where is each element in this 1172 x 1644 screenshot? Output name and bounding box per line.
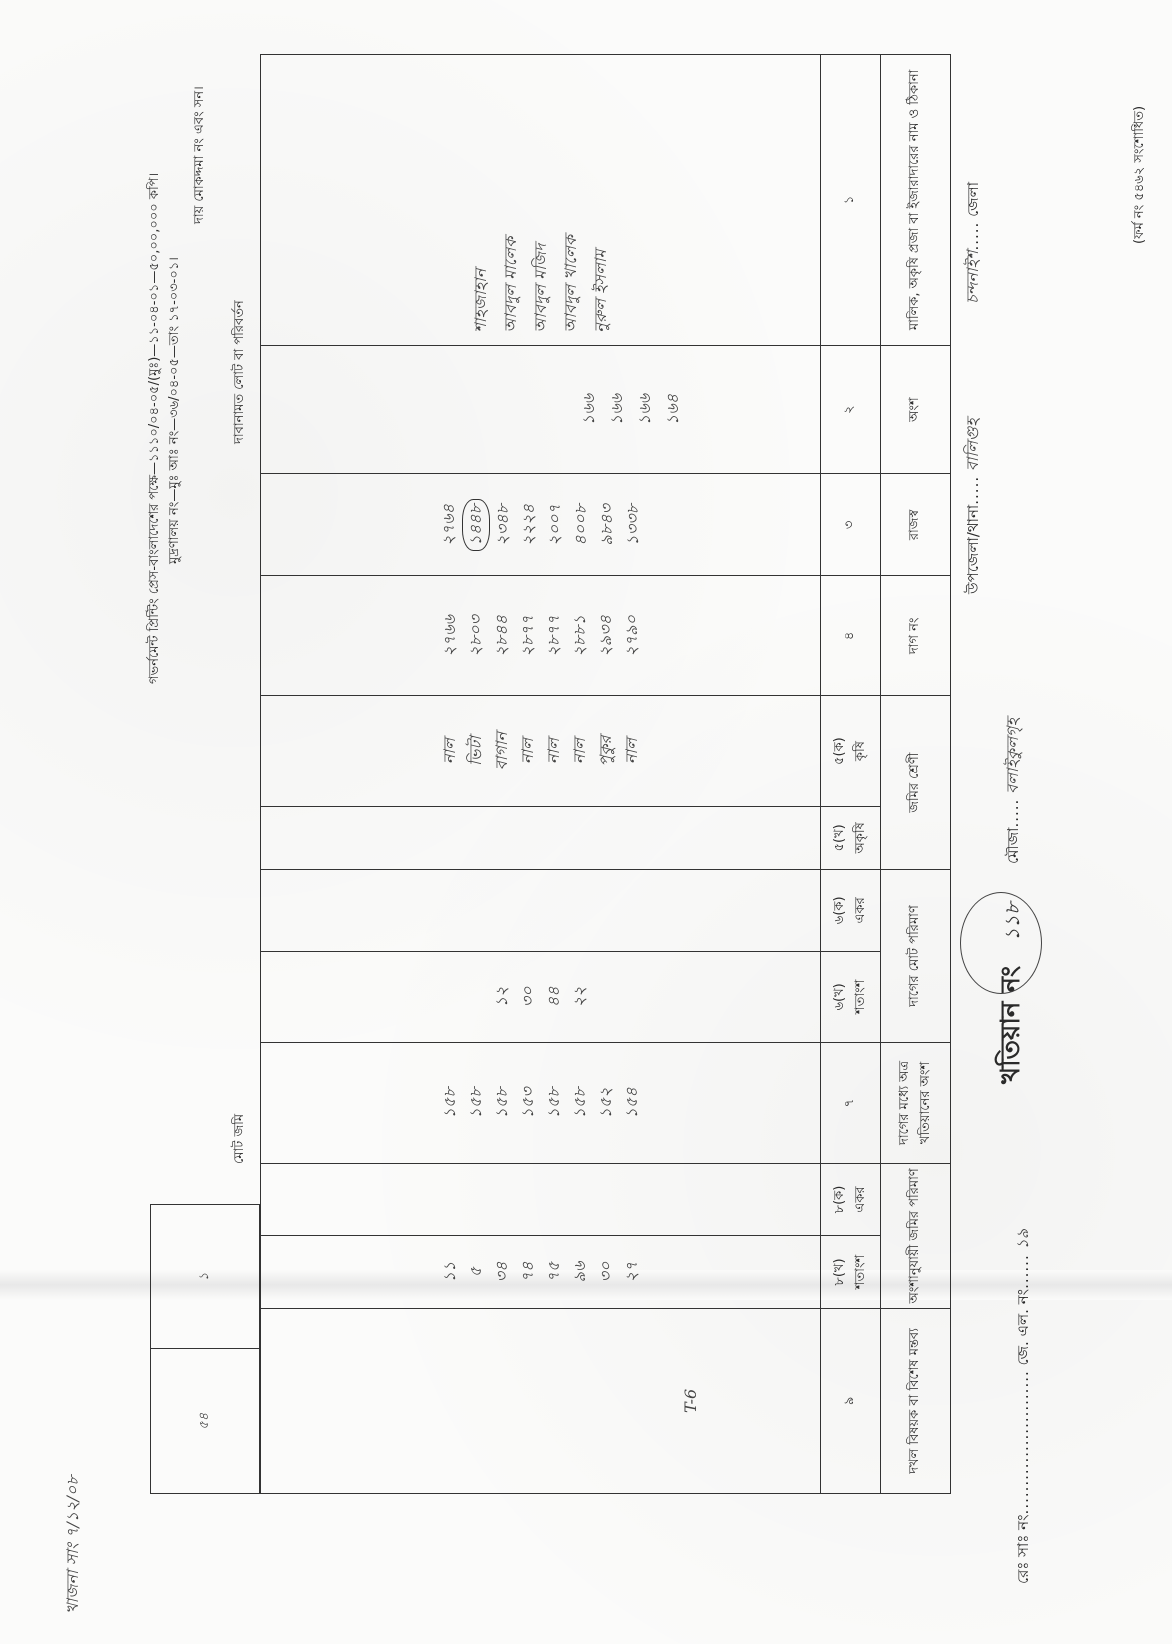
- cell-total-acre: [261, 869, 821, 951]
- total-land-value: ৫৪: [151, 1349, 260, 1494]
- khatian-table: T-6 ১১ ৫ ৩৪ ৭৪ ৭৫ ৯৬ ৩০ ২৭ ১৫৮ ১৫৮: [260, 54, 951, 1494]
- cell-total-dec: ১২ ৩০ ৪৪ ২২: [261, 951, 821, 1042]
- col-num-4: ৪: [821, 576, 881, 696]
- col-header-share: অংশ: [881, 345, 951, 474]
- upazila-field: উপজেলা/থানা..... বালিগুহ: [960, 418, 987, 594]
- mouza-field: মৌজা..... বলাইকুলগৃহ: [1000, 718, 1027, 864]
- cell-share-in-dag: ১৫৮ ১৫৮ ১৫৮ ১৫৩ ১৫৮ ১৫৮ ১৫২ ১৫৪: [261, 1043, 821, 1164]
- change-label: দাবানামত লোট বা পরিবর্তন: [230, 300, 251, 444]
- col-num-6b: ৬(খ)শতাংশ: [821, 951, 881, 1042]
- col-header-owner: মালিক, অকৃষি প্রজা বা ইজারাদারের নাম ও ঠ…: [881, 55, 951, 346]
- col-header-remarks: দখল বিষয়ক বা বিশেষ মন্তব্য: [881, 1308, 951, 1493]
- total-land-label: মোট জমি: [230, 1114, 251, 1164]
- cell-non-agri: [261, 806, 821, 869]
- cell-owners: শাহজাহান আবদুল মালেক আবদুল মজিদ আবদুল খা…: [261, 55, 821, 346]
- footer-print-note: মুদ্রণালয় নং—মুঃ আঃ নং—৩৬/০৪-০৫—তাং ১৭-…: [165, 257, 185, 564]
- col-header-proportional-area: অংশানুযায়ী জমির পরিমাণ: [881, 1163, 951, 1308]
- cell-revenue: ২৭৬৪ ১৪৪৮ ২৩৪৮ ২২২৪ ২০০৭ ৪০০৮ ৯৮৪৩ ১৩৩৮: [261, 474, 821, 576]
- margin-hand-note: খাজনা সাং ৭/১২/০৮: [60, 1475, 87, 1614]
- col-num-8b: ৮(খ)শতাংশ: [821, 1236, 881, 1309]
- col-num-6a: ৬(ক)একর: [821, 869, 881, 951]
- col-header-revenue: রাজস্ব: [881, 474, 951, 576]
- form-note: (ফর্ম নং ৫৪৬২ সংশোধিত): [1130, 106, 1151, 244]
- col-num-5b: ৫(খ)অকৃষি: [821, 806, 881, 869]
- cell-area-dec: ১১ ৫ ৩৪ ৭৪ ৭৫ ৯৬ ৩০ ২৭: [261, 1236, 821, 1309]
- col-header-land-class: জমির শ্রেণী: [881, 696, 951, 870]
- col-num-8a: ৮(ক)একর: [821, 1163, 881, 1235]
- col-num-7: ৭: [821, 1043, 881, 1164]
- zila-field: চন্দনাইশ..... জেলা: [960, 182, 987, 304]
- khatian-number-circle: [960, 892, 1042, 994]
- col-num-1: ১: [821, 55, 881, 346]
- footer-case-note: দায় মোকদ্দমা নং এবং সন।: [190, 86, 210, 224]
- col-num-9: ৯: [821, 1308, 881, 1493]
- footer-gov-note: গভর্নমেন্ট প্রিন্টিং প্রেস-বাংলাদেশের পক…: [145, 173, 165, 684]
- cell-remarks: T-6: [261, 1308, 821, 1493]
- rs-no-label: রেঃ সাঃ নং......................... জে. …: [1010, 1229, 1037, 1584]
- total-land-box: ৫৪ ১: [150, 1204, 260, 1494]
- col-header-dag-no: দাগ নং: [881, 576, 951, 696]
- cell-dag-no: ২৭৬৬ ২৮০৩ ২৮৪৪ ২৮৭৭ ২৮৭৭ ২৮৮১ ২৯৩৪ ২৭৯০: [261, 576, 821, 696]
- col-num-5a: ৫(ক)কৃষি: [821, 696, 881, 806]
- col-header-dag-total: দাগের মোট পরিমাণ: [881, 869, 951, 1042]
- rotated-document-page: রেঃ সাঃ নং......................... জে. …: [0, 0, 1172, 1644]
- total-land-decimal: ১: [151, 1205, 260, 1350]
- cell-area-acre: [261, 1163, 821, 1235]
- cell-share: ১৬৬ ১৬৬ ১৬৬ ১৬৪: [261, 345, 821, 474]
- cell-land-class: নাল ভিটা বাগান নাল নাল নাল পুকুর নাল: [261, 696, 821, 806]
- col-num-3: ৩: [821, 474, 881, 576]
- col-header-share-in-dag: দাগের মধ্যে অত্র খতিয়ানের অংশ: [881, 1043, 951, 1164]
- col-num-2: ২: [821, 345, 881, 474]
